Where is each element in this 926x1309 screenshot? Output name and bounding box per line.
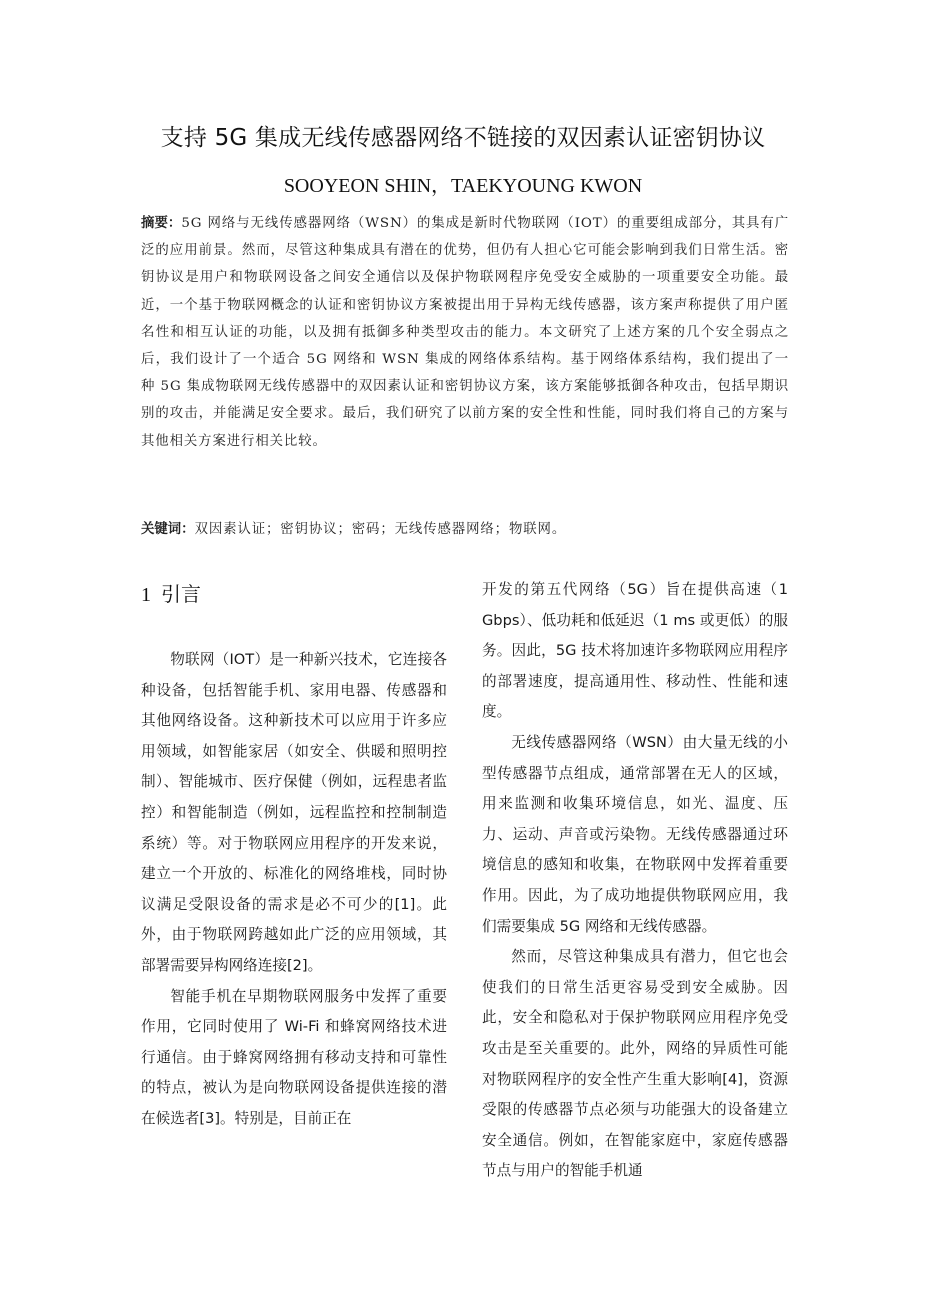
abstract-text: 5G 网络与无线传感器网络（WSN）的集成是新时代物联网（IOT）的重要组成部分… — [141, 216, 789, 449]
left-column: 1引言 物联网（IOT）是一种新兴技术，它连接各种设备，包括智能手机、家用电器、… — [141, 578, 447, 1135]
section-heading: 1引言 — [141, 578, 447, 611]
abstract: 摘要：5G 网络与无线传感器网络（WSN）的集成是新时代物联网（IOT）的重要组… — [141, 210, 789, 455]
paragraph: 无线传感器网络（WSN）由大量无线的小型传感器节点组成，通常部署在无人的区域，用… — [482, 728, 788, 942]
paper-page: 支持 5G 集成无线传感器网络不链接的双因素认证密钥协议 SOOYEON SHI… — [0, 0, 926, 1309]
paper-authors: SOOYEON SHIN，TAEKYOUNG KWON — [100, 172, 826, 200]
paper-title: 支持 5G 集成无线传感器网络不链接的双因素认证密钥协议 — [100, 122, 826, 154]
paragraph: 开发的第五代网络（5G）旨在提供高速（1 Gbps）、低功耗和低延迟（1 ms … — [482, 575, 788, 728]
paragraph: 物联网（IOT）是一种新兴技术，它连接各种设备，包括智能手机、家用电器、传感器和… — [141, 645, 447, 982]
paragraph: 然而，尽管这种集成具有潜力，但它也会使我们的日常生活更容易受到安全威胁。因此，安… — [482, 942, 788, 1187]
right-column: 开发的第五代网络（5G）旨在提供高速（1 Gbps）、低功耗和低延迟（1 ms … — [482, 575, 788, 1187]
keywords-label: 关键词： — [141, 522, 195, 537]
section-title: 引言 — [161, 582, 201, 606]
keywords: 关键词：双因素认证；密钥协议；密码；无线传感器网络；物联网。 — [141, 516, 789, 543]
paragraph: 智能手机在早期物联网服务中发挥了重要作用，它同时使用了 Wi-Fi 和蜂窝网络技… — [141, 982, 447, 1135]
keywords-text: 双因素认证；密钥协议；密码；无线传感器网络；物联网。 — [195, 522, 567, 537]
section-number: 1 — [141, 584, 151, 606]
abstract-label: 摘要： — [141, 216, 181, 231]
